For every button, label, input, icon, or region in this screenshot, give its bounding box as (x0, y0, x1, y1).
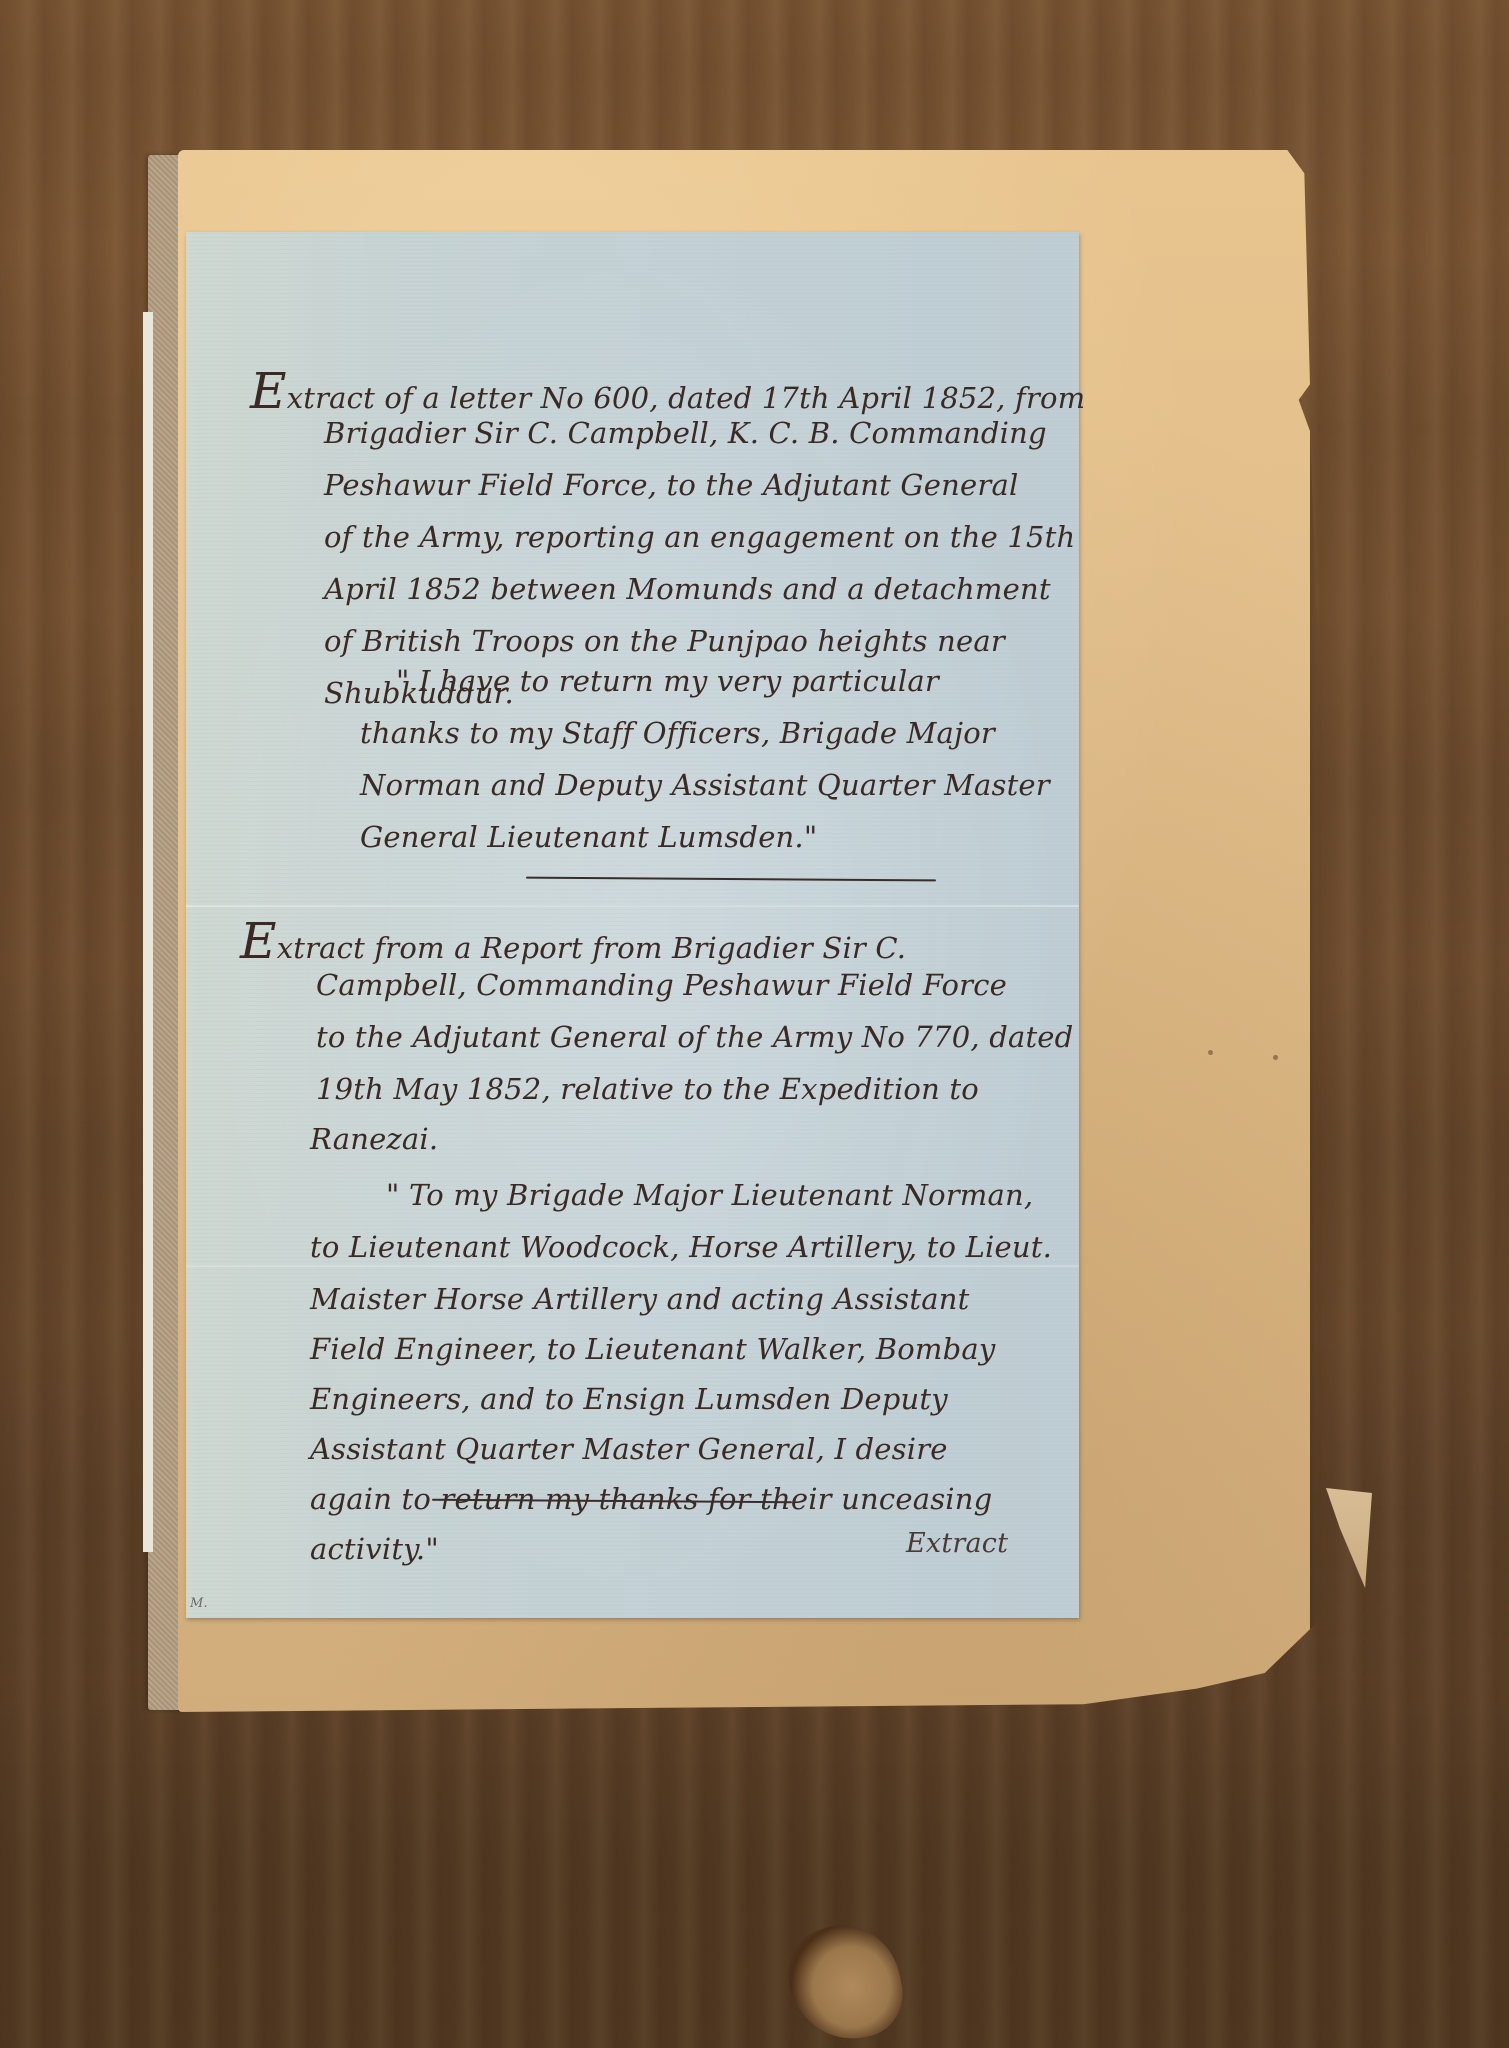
text-line: 19th May 1852, relative to the Expeditio… (316, 1072, 979, 1106)
section-divider-rule (526, 877, 936, 882)
text-line: to Lieutenant Woodcock, Horse Artillery,… (310, 1230, 1052, 1264)
text-line: Extract from a Report from Brigadier Sir… (240, 912, 906, 970)
fold-crease (186, 1265, 1079, 1267)
text-line: Maister Horse Artillery and acting Assis… (310, 1282, 969, 1316)
text-line: thanks to my Staff Officers, Brigade Maj… (360, 716, 995, 750)
text-line: General Lieutenant Lumsden." (360, 820, 817, 854)
text-line: Assistant Quarter Master General, I desi… (310, 1432, 948, 1466)
text-line: Field Engineer, to Lieutenant Walker, Bo… (310, 1332, 995, 1366)
text-line: again to return my thanks for their unce… (310, 1482, 992, 1516)
fold-crease (186, 905, 1079, 907)
page-edge-strip (143, 312, 153, 1552)
text-line: Norman and Deputy Assistant Quarter Mast… (360, 768, 1050, 802)
catchword: Extract (906, 1528, 1008, 1559)
text-line: to the Adjutant General of the Army No 7… (316, 1020, 1073, 1054)
wood-knot (779, 1915, 911, 2048)
pencil-mark: M. (190, 1596, 208, 1611)
text-line: Engineers, and to Ensign Lumsden Deputy (310, 1382, 948, 1416)
foxing-spot (1273, 1055, 1278, 1060)
text-line: Campbell, Commanding Peshawur Field Forc… (316, 968, 1007, 1002)
handwritten-letter-sheet: Extract of a letter No 600, dated 17th A… (186, 232, 1079, 1618)
text-line: Extract of a letter No 600, dated 17th A… (250, 362, 1085, 420)
text-line: of the Army, reporting an engagement on … (324, 520, 1075, 554)
text-line: " I have to return my very particular (396, 664, 939, 698)
text-line: Brigadier Sir C. Campbell, K. C. B. Comm… (324, 416, 1047, 450)
text-line: " To my Brigade Major Lieutenant Norman, (386, 1178, 1033, 1212)
text-line: of British Troops on the Punjpao heights… (324, 624, 1005, 658)
text-line: activity." (310, 1532, 439, 1566)
text-line: Ranezai. (310, 1122, 438, 1156)
foxing-spot (1208, 1050, 1213, 1055)
text-line: April 1852 between Momunds and a detachm… (324, 572, 1051, 606)
text-line: Peshawur Field Force, to the Adjutant Ge… (324, 468, 1018, 502)
